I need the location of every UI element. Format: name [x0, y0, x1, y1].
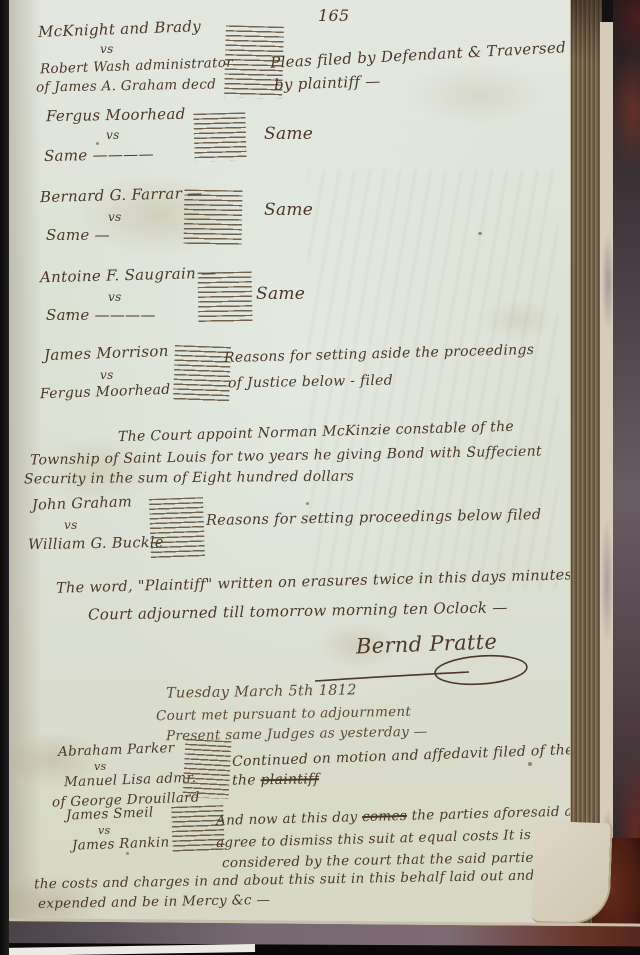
case-note-pre: the — [232, 772, 261, 788]
vs-label: vs — [100, 368, 114, 382]
party-name: McKnight and Brady — [38, 17, 202, 41]
party-name: Abraham Parker — [58, 740, 175, 760]
case-note: the costs and charges in and about this … — [34, 868, 535, 893]
brace-squiggle-mark — [149, 497, 205, 561]
court-order-line: The Court appoint Norman McKinzie consta… — [118, 419, 514, 445]
stain-speck — [306, 502, 309, 505]
case-note-struck-word: plaintiff — [260, 771, 319, 788]
case-note: Same — [256, 284, 305, 304]
party-name: James Smeil — [66, 804, 154, 823]
party-name: Antoine F. Saugrain — — [40, 264, 217, 287]
party-name: Same ———— — [44, 145, 154, 165]
vs-label: vs — [100, 42, 114, 56]
book-fore-edge-pages — [570, 0, 602, 938]
case-note: Continued on motion and affedavit filed … — [232, 742, 574, 770]
party-name: of James A. Graham decd — [36, 76, 216, 95]
stain-speck — [478, 232, 482, 235]
case-note: Same — [264, 200, 313, 220]
brace-squiggle-mark — [183, 739, 232, 799]
court-order-line: Security in the sum of Eight hundred dol… — [24, 469, 354, 488]
photo-left-border — [0, 0, 9, 955]
case-note: Reasons for setting proceedings below fi… — [206, 507, 542, 529]
case-note-struck-word: comes — [362, 808, 407, 825]
party-name: Fergus Moorhead — [46, 105, 186, 125]
page-corner-curl — [531, 821, 613, 926]
brace-squiggle-mark — [173, 345, 231, 403]
clerk-note-line: The word, "Plaintiff" written on erasure… — [56, 567, 573, 597]
vs-label: vs — [106, 128, 120, 142]
case-note: the plaintiff — [232, 771, 319, 789]
party-name: James Morrison — [44, 342, 169, 364]
party-name: Same ———— — [46, 306, 156, 324]
vs-label: vs — [98, 824, 110, 837]
party-name: James Rankin — [72, 834, 170, 853]
party-name: Manuel Lisa admr. — [64, 770, 197, 791]
vs-label: vs — [64, 518, 78, 532]
session-line: Tuesday March 5th 1812 — [166, 682, 357, 701]
case-note: of Justice below - filed — [228, 373, 393, 392]
stain-speck — [96, 142, 99, 145]
brace-squiggle-mark — [184, 189, 243, 246]
manuscript-photo: 165 McKnight and Brady vs Robert Wash ad… — [0, 0, 640, 955]
vs-label: vs — [94, 760, 106, 773]
party-name: Same — — [46, 226, 110, 244]
session-line: Court met pursuant to adjournment — [156, 704, 411, 724]
vs-label: vs — [108, 210, 122, 224]
case-note: Pleas filed by Defendant & Traversed — [270, 38, 567, 71]
vs-label: vs — [108, 290, 122, 304]
case-note: Same — [264, 124, 313, 144]
stain-speck — [126, 852, 129, 855]
party-name: Robert Wash administrator — [40, 55, 233, 78]
court-order-line: Township of Saint Louis for two years he… — [30, 444, 542, 469]
clerk-note-line: Court adjourned till tomorrow morning te… — [88, 598, 508, 623]
stain-speck — [528, 762, 532, 766]
party-name: Fergus Moorhead — [40, 382, 171, 403]
party-name: John Graham — [32, 494, 133, 513]
case-note: expended and be in Mercy &c — — [38, 892, 270, 912]
page-number: 165 — [318, 6, 349, 25]
manuscript-page: 165 McKnight and Brady vs Robert Wash ad… — [8, 0, 574, 955]
brace-squiggle-mark — [193, 112, 246, 161]
party-name: Bernard G. Farrar — — [40, 184, 203, 206]
case-note-pre: And now at this day — [216, 809, 362, 829]
book-cover-right — [613, 0, 640, 955]
case-note: by plaintiff — — [274, 72, 381, 94]
party-name: William G. Buckle — [28, 535, 164, 553]
brace-squiggle-mark — [198, 272, 253, 323]
case-note: Reasons for setting aside the proceeding… — [224, 342, 535, 366]
